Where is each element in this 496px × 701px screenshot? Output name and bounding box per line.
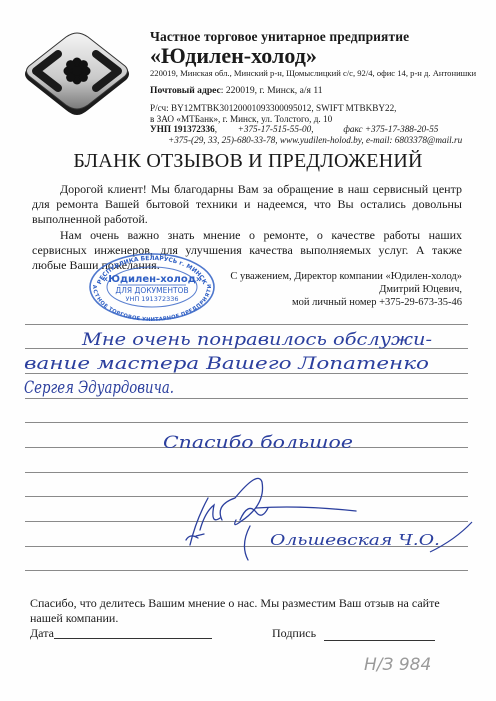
handwritten-line-2: вание мастера Вашего Лопатенко — [24, 354, 429, 374]
regards-line-1: С уважением, Директор компании «Юдилен-х… — [230, 270, 462, 283]
letterhead: Частное торговое унитарное предприятие «… — [150, 29, 496, 145]
contacts-row: УНП 191372336, +375-17-515-55-00, факс +… — [150, 124, 496, 135]
postal-value: : 220019, г. Минск, а/я 11 — [221, 85, 323, 96]
fax: факс +375-17-388-20-55 — [343, 124, 438, 134]
signature-label: Подпись — [272, 626, 316, 641]
svg-text:Н/З 984: Н/З 984 — [364, 655, 431, 675]
regards-line-2: Дмитрий Юцевич, — [230, 283, 462, 296]
date-field-line[interactable] — [54, 638, 212, 639]
bank-account: Р/сч: BY12MTBK30120001093300095012, SWIF… — [150, 103, 496, 114]
handwritten-line-4: Спасибо большое — [163, 433, 353, 453]
svg-text:«Юдилен-холод»: «Юдилен-холод» — [102, 274, 203, 285]
signer-name: Ольшевская Ч.О. — [270, 531, 440, 549]
handwritten-feedback: Мне очень понравилось обслужи- вание мас… — [0, 300, 496, 600]
postal-label: Почтовый адрес — [150, 85, 221, 96]
svg-text:ДЛЯ ДОКУМЕНТОВ: ДЛЯ ДОКУМЕНТОВ — [115, 286, 188, 295]
contacts-row-2: +375-(29, 33, 25)-680-33-78, www.yudilen… — [150, 135, 496, 146]
phone-main: +375-17-515-55-00, — [238, 124, 314, 134]
bank-details: Р/сч: BY12MTBK30120001093300095012, SWIF… — [150, 103, 496, 145]
feedback-form-page: Частное торговое унитарное предприятие «… — [0, 0, 496, 701]
handwritten-line-1: Мне очень понравилось обслужи- — [81, 330, 432, 350]
footer-thanks: Спасибо, что делитесь Вашим мнение о нас… — [30, 596, 470, 626]
phone-mobile: +375-(29, 33, 25)-680-33-78, — [168, 135, 278, 145]
company-name: «Юдилен-холод» — [150, 44, 496, 68]
intro-paragraph-1: Дорогой клиент! Мы благодарны Вам за обр… — [32, 182, 462, 227]
company-address: 220019, Минская обл., Минский р-н, Щомыс… — [150, 68, 496, 78]
date-label: Дата — [30, 626, 54, 641]
bank-name: в ЗАО «МТБанк», г. Минск, ул. Толстого, … — [150, 114, 496, 125]
unp: УНП 191372336 — [150, 124, 215, 134]
pencil-note: Н/З 984 — [362, 640, 462, 680]
postal-address: Почтовый адрес: 220019, г. Минск, а/я 11 — [150, 85, 496, 96]
handwritten-line-3: Сергея Эдуардовича. — [24, 378, 174, 398]
website-link[interactable]: www.yudilen-holod.by, — [280, 135, 364, 145]
company-logo-icon — [18, 30, 136, 118]
document-title: БЛАНК ОТЗЫВОВ И ПРЕДЛОЖЕНИЙ — [0, 150, 496, 173]
email-link[interactable]: e-mail: 6803378@mail.ru — [366, 135, 462, 145]
